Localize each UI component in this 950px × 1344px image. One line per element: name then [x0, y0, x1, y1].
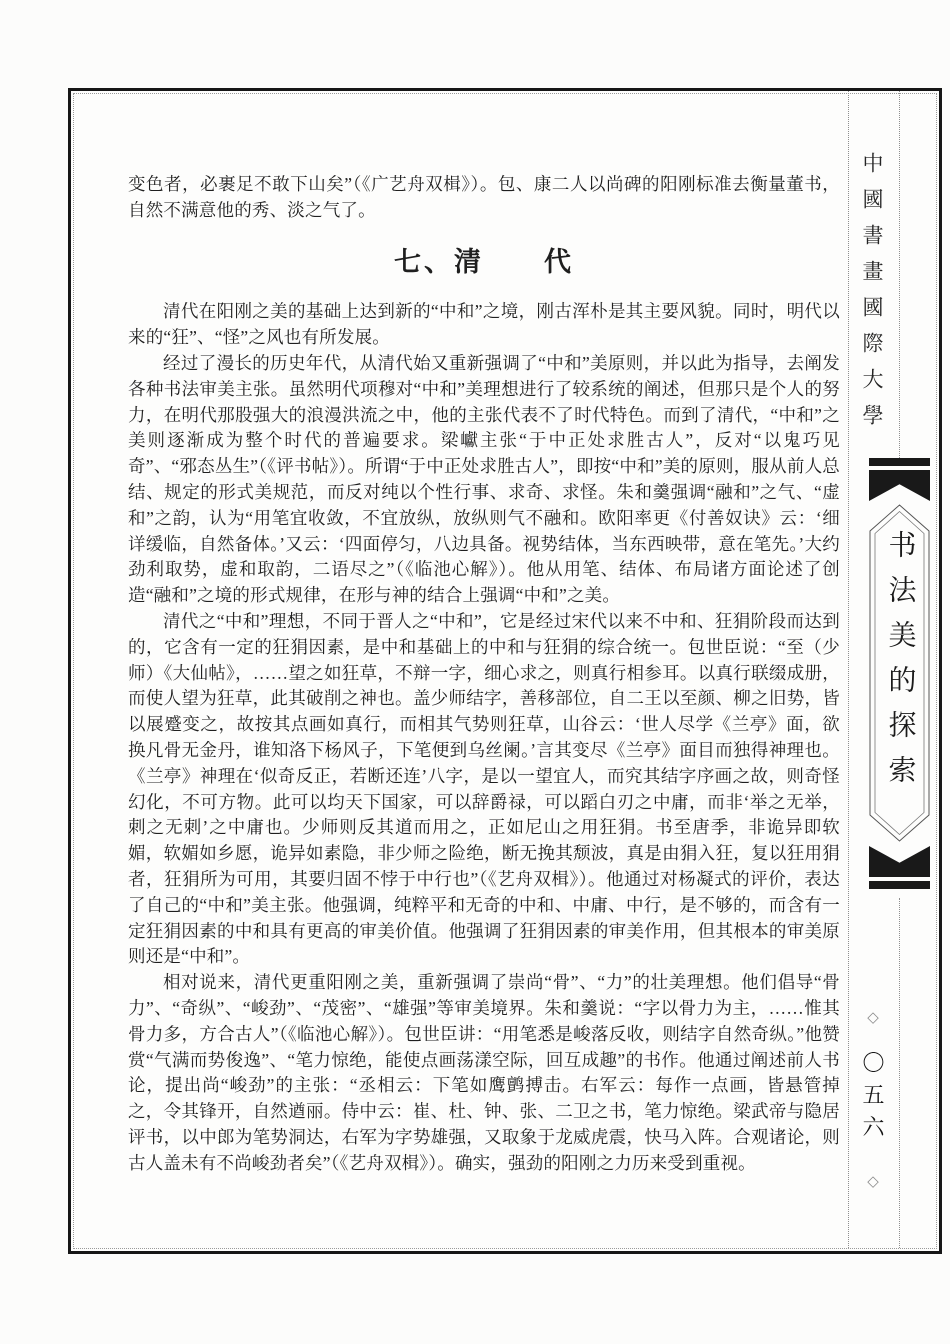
ribbon-top-chevron: [869, 470, 930, 501]
paragraph: 清代之“中和”理想，不同于晋人之“中和”，它是经过宋代以来不中和、狂狷阶段而达到…: [128, 609, 840, 970]
ribbon-bottom-bar: [869, 881, 930, 889]
text-column: 变色者，必裹足不敢下山矣”（《广艺舟双楫》）。包、康二人以尚碑的阳刚标准去衡量董…: [128, 172, 840, 1176]
diamond-ornament-top: ◇: [864, 1008, 880, 1026]
folio-block: ◇ 〇五六 ◇: [861, 1008, 883, 1190]
ribbon-top-bar: [869, 458, 930, 466]
column-divider-inner: [848, 91, 849, 1248]
column-divider-outer-bottom: [899, 898, 900, 1248]
paragraph: 相对说来，清代更重阳刚之美，重新强调了崇尚“骨”、“力”的壮美理想。他们倡导“骨…: [128, 970, 840, 1176]
ribbon-bottom-chevron: [869, 846, 930, 877]
continuation-paragraph: 变色者，必裹足不敢下山矣”（《广艺舟双楫》）。包、康二人以尚碑的阳刚标准去衡量董…: [128, 172, 840, 224]
chapter-heading: 七、清 代: [128, 250, 840, 276]
page-number: 〇五六: [861, 1051, 883, 1147]
paragraph: 经过了漫长的历史年代，从清代始又重新强调了“中和”美原则，并以此为指导，去阐发各…: [128, 351, 840, 609]
sidebar-institution-title: 中國書畫國際大學: [859, 152, 885, 440]
diamond-ornament-bottom: ◇: [864, 1172, 880, 1190]
column-divider-outer-top: [899, 91, 900, 458]
paragraph: 清代在阳刚之美的基础上达到新的“中和”之境，刚古浑朴是其主要风貌。同时，明代以来…: [128, 299, 840, 351]
series-title-ribbon: 书法美的探索: [869, 458, 930, 889]
series-title-text: 书法美的探索: [886, 530, 914, 800]
